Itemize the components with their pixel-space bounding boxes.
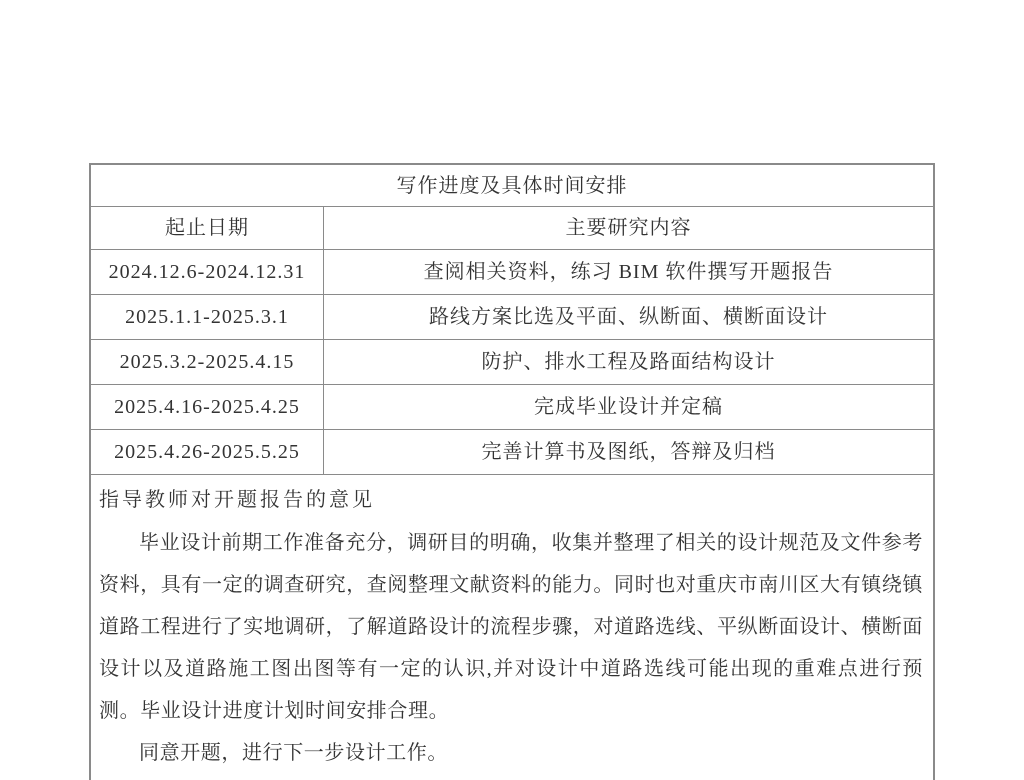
table-row: 2025.4.16-2025.4.25 完成毕业设计并定稿 [91,385,933,430]
column-header-date: 起止日期 [91,207,324,249]
row-date: 2025.4.26-2025.5.25 [91,430,324,474]
row-content: 查阅相关资料，练习 BIM 软件撰写开题报告 [324,250,933,294]
table-row: 2024.12.6-2024.12.31 查阅相关资料，练习 BIM 软件撰写开… [91,250,933,295]
advisor-opinion-conclusion: 同意开题，进行下一步设计工作。 [99,732,923,774]
row-date: 2025.4.16-2025.4.25 [91,385,324,429]
row-content: 防护、排水工程及路面结构设计 [324,340,933,384]
table-row: 2025.4.26-2025.5.25 完善计算书及图纸，答辩及归档 [91,430,933,475]
row-content: 完成毕业设计并定稿 [324,385,933,429]
row-content: 完善计算书及图纸，答辩及归档 [324,430,933,474]
row-date: 2025.1.1-2025.3.1 [91,295,324,339]
schedule-table: 写作进度及具体时间安排 起止日期 主要研究内容 2024.12.6-2024.1… [89,163,935,780]
advisor-opinion-paragraph: 毕业设计前期工作准备充分，调研目的明确，收集并整理了相关的设计规范及文件参考资料… [99,522,923,732]
table-title-row: 写作进度及具体时间安排 [91,165,933,207]
column-header-content: 主要研究内容 [324,207,933,249]
row-date: 2025.3.2-2025.4.15 [91,340,324,384]
table-row: 2025.1.1-2025.3.1 路线方案比选及平面、纵断面、横断面设计 [91,295,933,340]
advisor-opinion-section: 指导教师对开题报告的意见 毕业设计前期工作准备充分，调研目的明确，收集并整理了相… [91,475,933,780]
table-header-row: 起止日期 主要研究内容 [91,207,933,250]
table-title: 写作进度及具体时间安排 [91,165,933,206]
table-row: 2025.3.2-2025.4.15 防护、排水工程及路面结构设计 [91,340,933,385]
document-page: 写作进度及具体时间安排 起止日期 主要研究内容 2024.12.6-2024.1… [0,0,1024,780]
row-content: 路线方案比选及平面、纵断面、横断面设计 [324,295,933,339]
row-date: 2024.12.6-2024.12.31 [91,250,324,294]
advisor-opinion-heading: 指导教师对开题报告的意见 [99,484,923,516]
